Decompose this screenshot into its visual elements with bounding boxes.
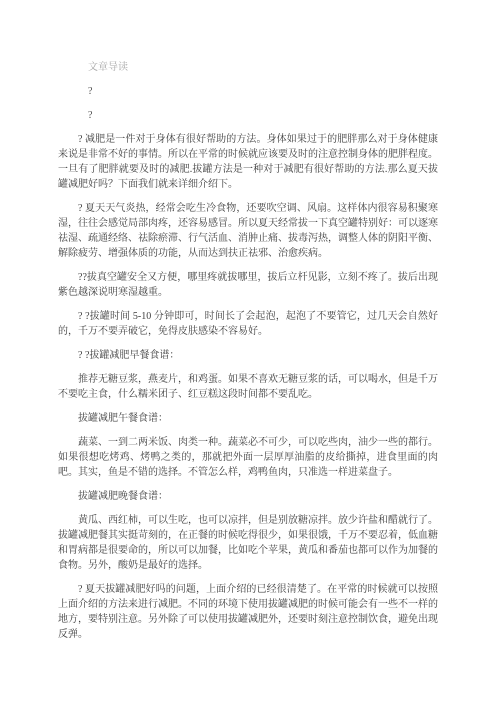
body-paragraph: 拔罐减肥午餐食谱： — [58, 411, 438, 426]
article-body: ? 减肥是一件对于身体有很好帮助的方法。身体如果过于的肥胖那么对于身体健康来说是… — [58, 132, 438, 642]
body-paragraph: ? 夏天天气炎热，经常会吃生冷食物，还要吹空调、风扇。这样体内很容易积聚寒湿，往… — [58, 201, 438, 261]
document-page: 文章导读 ? ? ? 减肥是一件对于身体有很好帮助的方法。身体如果过于的肥胖那么… — [0, 0, 496, 702]
body-paragraph: 推荐无糖豆浆，燕麦片，和鸡蛋。如果不喜欢无糖豆浆的话，可以喝水，但是千万不要吃主… — [58, 372, 438, 402]
placeholder-question-mark: ? — [58, 108, 438, 123]
placeholder-question-mark: ? — [58, 84, 438, 99]
body-paragraph: 蔬菜、一到二两米饭、肉类一种。蔬菜必不可少，可以吃些肉，油少一些的都行。如果很想… — [58, 435, 438, 480]
article-lead-label: 文章导读 — [58, 60, 438, 75]
body-paragraph: ? 减肥是一件对于身体有很好帮助的方法。身体如果过于的肥胖那么对于身体健康来说是… — [58, 132, 438, 192]
body-paragraph: ??拔真空罐安全又方便，哪里疼就拔哪里，拔后立杆见影，立刻不疼了。拔后出现紫色越… — [58, 270, 438, 300]
body-paragraph: 黄瓜、西红柿，可以生吃，也可以凉拌，但是别放糖凉拌。放少许盐和醋就行了。拔罐减肥… — [58, 513, 438, 573]
body-paragraph: ? ?拔罐减肥早餐食谱： — [58, 348, 438, 363]
body-paragraph: 拔罐减肥晚餐食谱： — [58, 489, 438, 504]
body-paragraph: ? 夏天拔罐减肥好吗的问题，上面介绍的已经很清楚了。在平常的时候就可以按照上面介… — [58, 582, 438, 642]
body-paragraph: ? ?拔罐时间 5-10 分钟即可，时间长了会起泡，起泡了不要管它，过几天会自然… — [58, 309, 438, 339]
